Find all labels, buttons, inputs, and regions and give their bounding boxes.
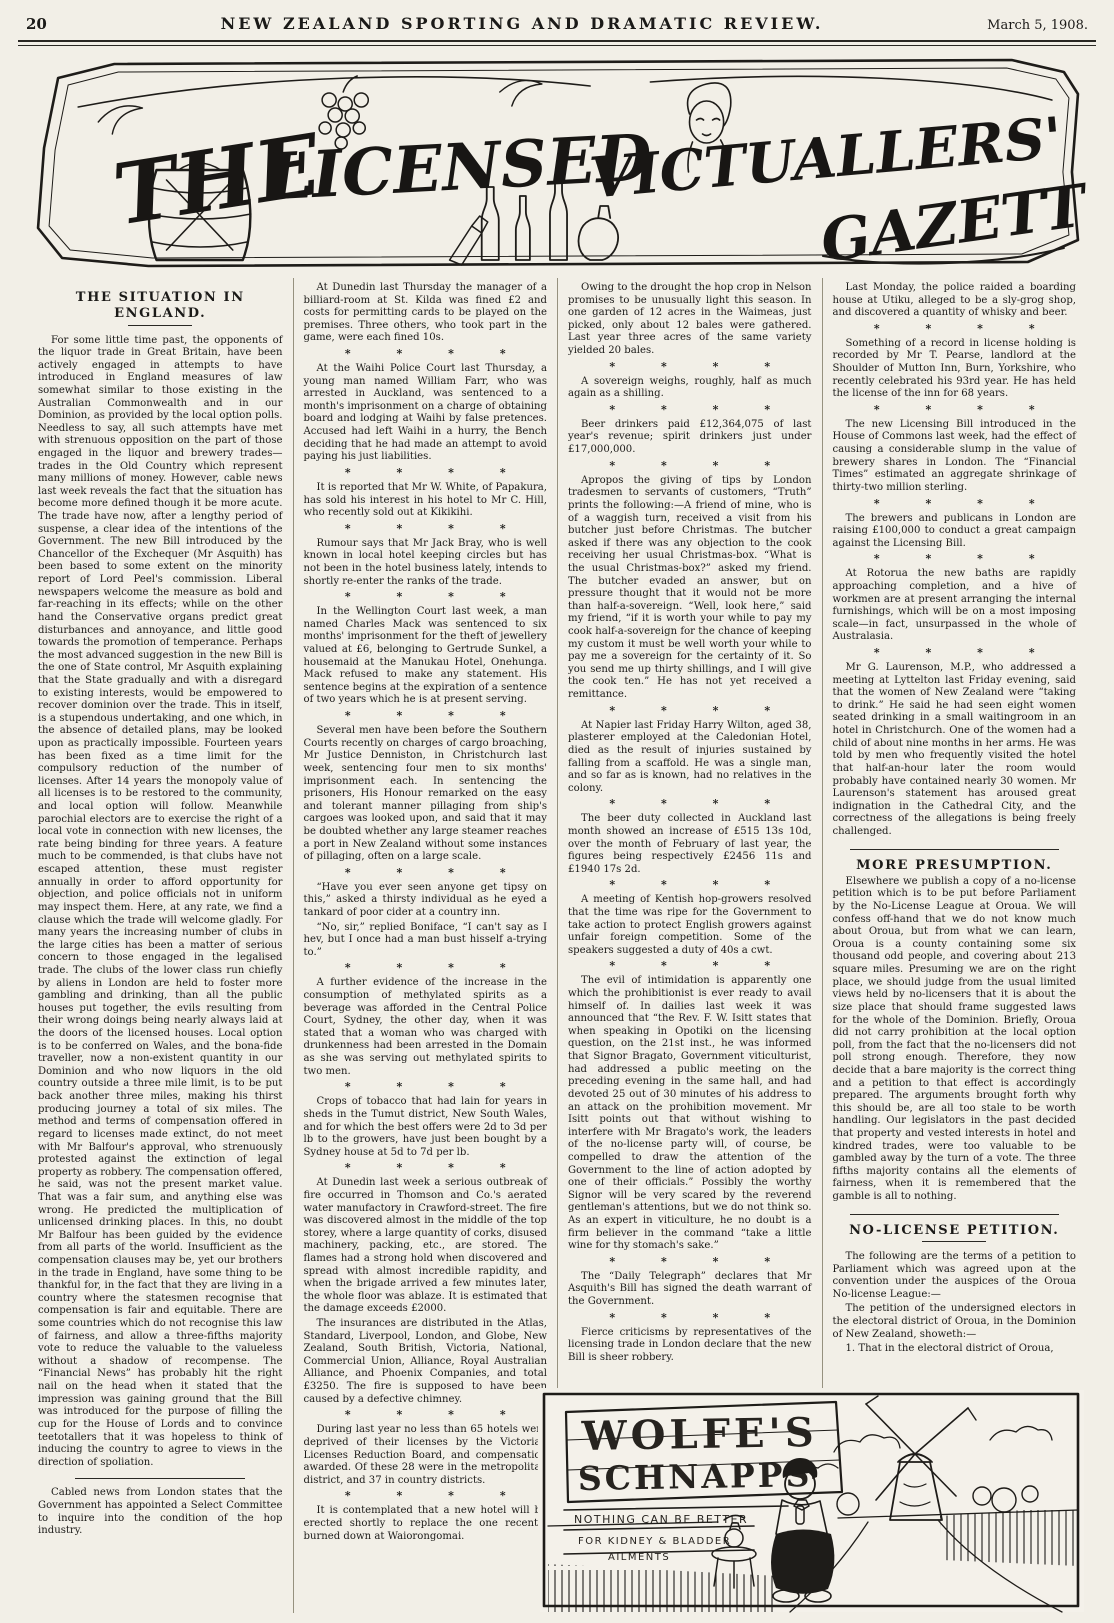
newspaper-page: 20 NEW ZEALAND SPORTING AND DRAMATIC REV… bbox=[0, 0, 1114, 1623]
news-item: The evil of intimidation is apparently o… bbox=[568, 975, 812, 1252]
column-2: At Dunedin last Thursday the manager of … bbox=[293, 278, 558, 1613]
ad-tagline: NOTHING CAN BE BETTER bbox=[574, 1513, 748, 1526]
news-item: At Napier last Friday Harry Wilton, aged… bbox=[568, 720, 812, 796]
news-item: A meeting of Kentish hop-growers resolve… bbox=[568, 894, 812, 957]
news-item: A further evidence of the increase in th… bbox=[304, 977, 548, 1078]
masthead: THE LICENSED VICTUALLERS' GAZETTE bbox=[28, 52, 1086, 270]
ad-subline-1: FOR KIDNEY & BLADDER bbox=[578, 1536, 731, 1547]
news-item: “No, sir,” replied Boniface, “I can't sa… bbox=[304, 922, 548, 960]
wolfes-schnapps-ad: WOLFE'S SCHNAPPS NOTHING CAN BE BETTER F… bbox=[538, 1388, 1086, 1618]
news-item: The “Daily Telegraph” declares that Mr A… bbox=[568, 1271, 812, 1309]
issue-date: March 5, 1908. bbox=[958, 18, 1088, 33]
news-item: At Dunedin last Thursday the manager of … bbox=[304, 282, 548, 345]
star-divider bbox=[345, 1081, 506, 1092]
star-divider bbox=[345, 1162, 506, 1173]
star-divider bbox=[609, 1256, 770, 1267]
star-divider bbox=[874, 553, 1035, 564]
star-divider bbox=[874, 647, 1035, 658]
star-divider bbox=[345, 523, 506, 534]
star-divider bbox=[609, 960, 770, 971]
star-divider bbox=[345, 867, 506, 878]
paper-title: NEW ZEALAND SPORTING AND DRAMATIC REVIEW… bbox=[86, 14, 958, 33]
star-divider bbox=[345, 710, 506, 721]
article-paragraph: 1. That in the electoral district of Oro… bbox=[833, 1343, 1077, 1356]
star-divider bbox=[345, 1409, 506, 1420]
masthead-illustration: THE LICENSED VICTUALLERS' GAZETTE bbox=[28, 52, 1086, 270]
ad-illustration: WOLFE'S SCHNAPPS NOTHING CAN BE BETTER F… bbox=[538, 1388, 1086, 1618]
star-divider bbox=[345, 1490, 506, 1501]
news-item: Several men have been before the Souther… bbox=[304, 725, 548, 864]
masthead-title: THE LICENSED VICTUALLERS' GAZETTE bbox=[107, 105, 1086, 270]
star-divider bbox=[609, 460, 770, 471]
ad-subline-2: AILMENTS bbox=[608, 1552, 670, 1563]
section-rule bbox=[850, 849, 1059, 850]
news-item: The new Licensing Bill introduced in the… bbox=[833, 419, 1077, 495]
article-heading-situation-in-england: THE SITUATION IN ENGLAND. bbox=[38, 290, 283, 323]
news-item: Beer drinkers paid £12,364,075 of last y… bbox=[568, 419, 812, 457]
news-item: At the Waihi Police Court last Thursday,… bbox=[304, 363, 548, 464]
news-item: “Have you ever seen anyone get tipsy on … bbox=[304, 882, 548, 920]
news-item: In the Wellington Court last week, a man… bbox=[304, 606, 548, 707]
heading-rule bbox=[128, 325, 192, 326]
paragraph-rule bbox=[75, 1478, 245, 1479]
news-item: Mr G. Laurenson, M.P., who addressed a m… bbox=[833, 662, 1077, 839]
news-item: Rumour says that Mr Jack Bray, who is we… bbox=[304, 538, 548, 588]
section-rule bbox=[850, 1214, 1059, 1215]
news-item: Something of a record in license holding… bbox=[833, 338, 1077, 401]
news-item: The insurances are distributed in the At… bbox=[304, 1318, 548, 1406]
news-item: A sovereign weighs, roughly, half as muc… bbox=[568, 376, 812, 401]
ad-brand-line-2: SCHNAPPS bbox=[578, 1455, 813, 1498]
star-divider bbox=[874, 498, 1035, 509]
news-item: The beer duty collected in Auckland last… bbox=[568, 813, 812, 876]
news-item: Owing to the drought the hop crop in Nel… bbox=[568, 282, 812, 358]
news-item: Last Monday, the police raided a boardin… bbox=[833, 282, 1077, 320]
star-divider bbox=[874, 404, 1035, 415]
star-divider bbox=[345, 962, 506, 973]
star-divider bbox=[609, 705, 770, 716]
column-1: THE SITUATION IN ENGLAND. For some littl… bbox=[28, 278, 293, 1613]
star-divider bbox=[609, 361, 770, 372]
header-rule bbox=[18, 40, 1096, 46]
news-item: During last year no less than 65 hotels … bbox=[304, 1424, 548, 1487]
news-item: At Dunedin last week a serious outbreak … bbox=[304, 1177, 548, 1316]
news-item: Apropos the giving of tips by London tra… bbox=[568, 475, 812, 702]
article-heading-more-presumption: MORE PRESUMPTION. bbox=[833, 858, 1077, 874]
star-divider bbox=[609, 1312, 770, 1323]
star-divider bbox=[345, 467, 506, 478]
page-header: 20 NEW ZEALAND SPORTING AND DRAMATIC REV… bbox=[0, 0, 1114, 33]
ad-brand-line-1: WOLFE'S bbox=[580, 1409, 818, 1460]
star-divider bbox=[345, 591, 506, 602]
star-divider bbox=[345, 348, 506, 359]
page-number: 20 bbox=[26, 15, 86, 33]
news-item: Fierce criticisms by representatives of … bbox=[568, 1327, 812, 1365]
news-item: At Rotorua the new baths are rapidly app… bbox=[833, 568, 1077, 644]
article-paragraph: The petition of the undersigned electors… bbox=[833, 1303, 1077, 1341]
article-paragraph: Elsewhere we publish a copy of a no-lice… bbox=[833, 876, 1077, 1204]
star-divider bbox=[609, 879, 770, 890]
star-divider bbox=[609, 798, 770, 809]
star-divider bbox=[874, 323, 1035, 334]
article-paragraph: Cabled news from London states that the … bbox=[38, 1487, 283, 1537]
article-paragraph: The following are the terms of a petitio… bbox=[833, 1251, 1077, 1301]
article-paragraph: For some little time past, the opponents… bbox=[38, 335, 283, 1470]
news-item: It is contemplated that a new hotel will… bbox=[304, 1505, 548, 1543]
news-item: The brewers and publicans in London are … bbox=[833, 513, 1077, 551]
article-heading-no-license-petition: NO-LICENSE PETITION. bbox=[833, 1223, 1077, 1239]
news-item: It is reported that Mr W. White, of Papa… bbox=[304, 482, 548, 520]
star-divider bbox=[609, 404, 770, 415]
fence-right bbox=[940, 1506, 1078, 1566]
news-item: Crops of tobacco that had lain for years… bbox=[304, 1096, 548, 1159]
heading-rule bbox=[922, 1241, 986, 1242]
